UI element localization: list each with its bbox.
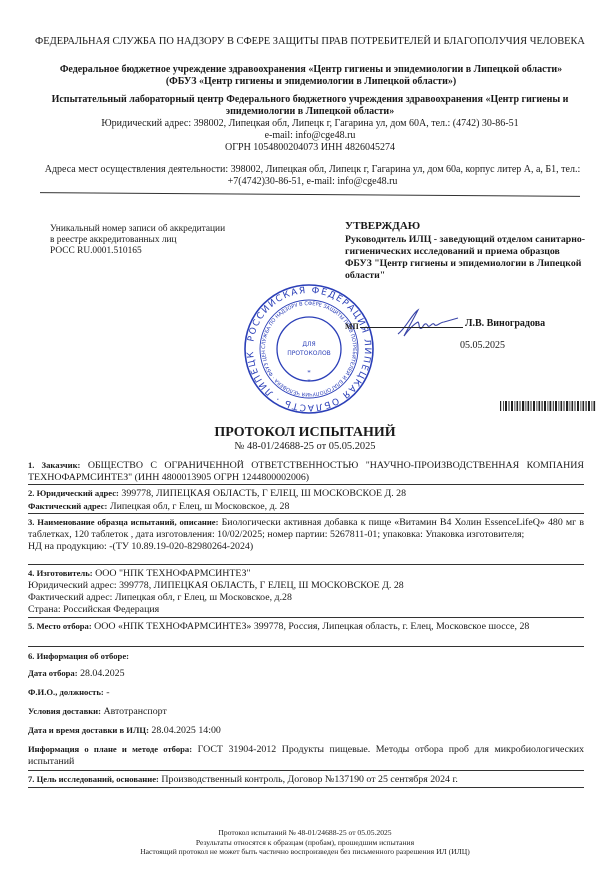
section-manufacturer: 4. Изготовитель: ООО "НПК ТЕХНОФАРМСИНТЕ… [28,567,584,616]
purpose-label: 7. Цель исследований, основание: [28,774,159,784]
manufacturer-value: ООО "НПК ТЕХНОФАРМСИНТЕЗ" [95,568,250,579]
divider [28,787,584,788]
customer-label: 1. Заказчик: [28,460,80,470]
divider [28,564,584,565]
signatory-name: Л.В. Виноградова [465,318,545,329]
manufacturer-country: Страна: Российская Федерация [28,604,584,616]
signature-line [360,327,463,328]
ogrn-inn: ОГРН 1054800204073 ИНН 4826045274 [40,142,580,154]
header-divider [40,192,580,197]
sample-label: 3. Наименование образца испытаний, описа… [28,517,218,527]
delivery-conditions-value: Автотранспорт [103,706,166,717]
sampling-info-label: 6. Информация об отборе: [28,650,584,662]
approval-block: УТВЕРЖДАЮ Руководитель ИЛЦ - заведующий … [345,220,585,282]
delivery-datetime-label: Дата и время доставки в ИЛЦ: [28,725,149,735]
legal-address-value: 399778, ЛИПЕЦКАЯ ОБЛАСТЬ, Г ЕЛЕЦ, Ш МОСК… [121,488,406,499]
accreditation-block: Уникальный номер записи об аккредитации … [50,224,225,257]
manufacturer-actual-address: Фактический адрес: Липецкая обл, г Елец,… [28,592,584,604]
section-purpose: 7. Цель исследований, основание: Произво… [28,773,584,786]
section-customer: 1. Заказчик: ОБЩЕСТВО С ОГРАНИЧЕННОЙ ОТВ… [28,459,584,484]
stamp-seal-icon: РОССИЙСКАЯ ФЕДЕРАЦИЯ ЛИПЕЦКАЯ ОБЛАСТЬ · … [243,283,375,415]
institution-line-1: Федеральное бюджетное учреждение здравоо… [30,64,592,76]
agency-name: ФЕДЕРАЛЬНАЯ СЛУЖБА ПО НАДЗОРУ В СФЕРЕ ЗА… [30,36,590,48]
accreditation-line-2: в реестре аккредитованных лиц [50,235,225,246]
protocol-number: № 48-01/24688-25 от 05.05.2025 [180,441,430,452]
official-stamp: РОССИЙСКАЯ ФЕДЕРАЦИЯ ЛИПЕЦКАЯ ОБЛАСТЬ · … [243,283,375,415]
sampling-date-label: Дата отбора: [28,668,78,678]
purpose-value: Производственный контроль, Договор №1371… [161,774,457,785]
sampling-plan-label: Информация о плане и методе отбора: [28,744,192,754]
delivery-conditions-label: Условия доставки: [28,706,101,716]
actual-address-value: Липецкая обл, г Елец, ш Московское, д. 2… [110,501,290,512]
section-sample: 3. Наименование образца испытаний, описа… [28,516,584,553]
legal-address-label: 2. Юридический адрес: [28,488,119,498]
page-footer: Протокол испытаний № 48-01/24688-25 от 0… [90,828,520,857]
mp-mark: МП [345,322,359,331]
institution-name: Федеральное бюджетное учреждение здравоо… [30,64,592,88]
accreditation-line-1: Уникальный номер записи об аккредитации [50,224,225,235]
approval-position: Руководитель ИЛЦ - заведующий отделом са… [345,234,585,282]
footer-line-3: Настоящий протокол не может быть частичн… [90,847,520,857]
svg-text:*: * [307,369,311,377]
signature [392,308,462,338]
delivery-datetime-value: 28.04.2025 14:00 [151,725,220,736]
svg-text:ДЛЯ: ДЛЯ [302,341,315,348]
footer-line-2: Результаты относятся к образцам (пробам)… [90,838,520,848]
sampling-date-value: 28.04.2025 [80,668,124,679]
section-sampling-place: 5. Место отбора: ООО «НПК ТЕХНОФАРМСИНТЕ… [28,620,584,633]
customer-value: ОБЩЕСТВО С ОГРАНИЧЕННОЙ ОТВЕТСТВЕННОСТЬЮ… [28,460,584,483]
sampling-place-label: 5. Место отбора: [28,621,92,631]
svg-text:*: * [307,378,311,386]
divider [28,617,584,618]
section-sampling-info: 6. Информация об отборе: Дата отбора: 28… [28,650,584,768]
divider [28,484,584,485]
email: e-mail: info@cge48.ru [40,130,580,142]
divider [28,646,584,647]
sampling-place-value: ООО «НПК ТЕХНОФАРМСИНТЕЗ» 399778, Россия… [94,621,529,632]
accreditation-number: РОСС RU.0001.510165 [50,246,225,257]
svg-text:ПРОТОКОЛОВ: ПРОТОКОЛОВ [287,350,331,357]
manufacturer-legal-address: Юридический адрес: 399778, ЛИПЕЦКАЯ ОБЛА… [28,580,584,592]
product-nd: НД на продукцию: -(ТУ 10.89.19-020-82980… [28,541,584,553]
approval-title: УТВЕРЖДАЮ [345,220,585,232]
fio-value: - [106,687,109,698]
legal-address: Юридический адрес: 398002, Липецкая обл,… [40,118,580,130]
protocol-title: ПРОТОКОЛ ИСПЫТАНИЙ [200,425,410,441]
signature-scribble-icon [392,308,462,338]
manufacturer-label: 4. Изготовитель: [28,568,93,578]
activity-address: Адреса мест осуществления деятельности: … [30,164,595,188]
barcode [500,398,596,408]
barcode-icon [500,401,596,411]
divider [28,770,584,771]
section-legal-address: 2. Юридический адрес: 399778, ЛИПЕЦКАЯ О… [28,487,584,513]
footer-line-1: Протокол испытаний № 48-01/24688-25 от 0… [90,828,520,838]
institution-line-2: (ФБУЗ «Центр гигиены и эпидемиологии в Л… [30,76,592,88]
divider [28,513,584,514]
legal-contacts: Юридический адрес: 398002, Липецкая обл,… [40,118,580,154]
approval-date: 05.05.2025 [460,340,505,351]
fio-label: Ф.И.О., должность: [28,687,104,697]
actual-address-label: Фактический адрес: [28,501,107,511]
lab-center-name: Испытательный лабораторный центр Федерал… [40,94,580,118]
